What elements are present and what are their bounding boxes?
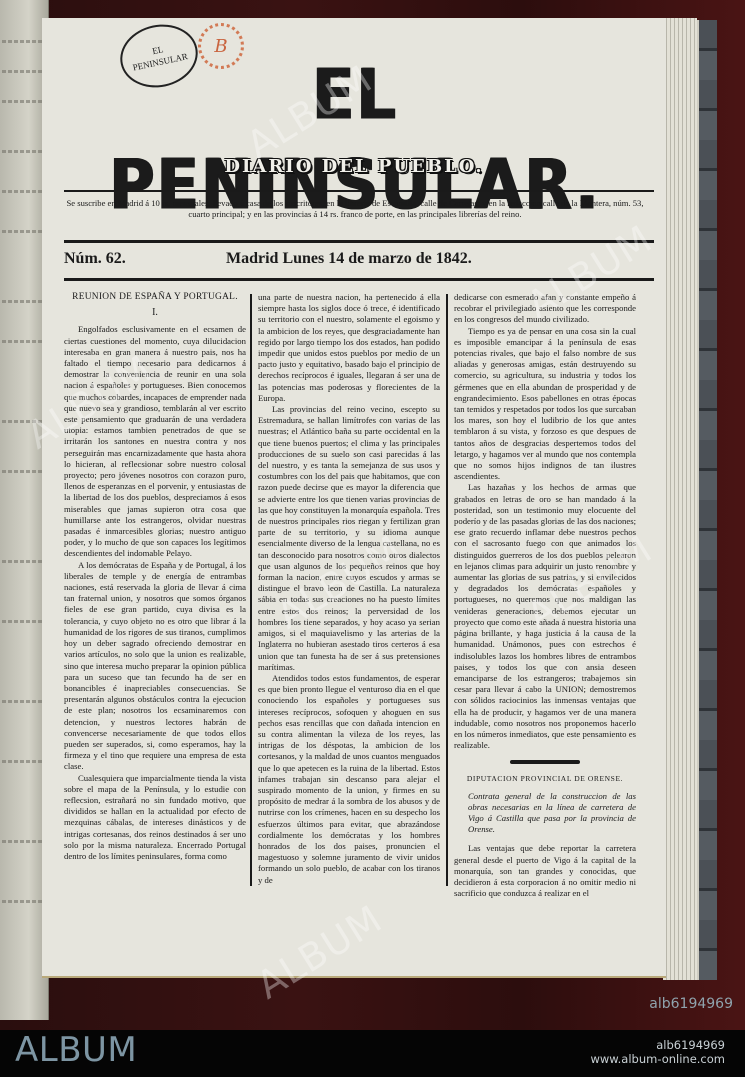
image-id-overlay: alb6194969 (649, 996, 733, 1012)
newspaper-page: EL PENINSULAR B EL PENINSULAR. DIARIO DE… (42, 18, 666, 976)
page-stack-edges (663, 18, 697, 980)
paragraph: una parte de nuestra nacion, ha pertenec… (258, 292, 440, 404)
article-title: REUNION DE ESPAÑA Y PORTUGAL. (64, 292, 246, 303)
footer-bar: ALBUM alb6194969 www.album-online.com (0, 1030, 745, 1077)
paragraph: A los demócratas de España y de Portugal… (64, 560, 246, 773)
notice-heading: DIPUTACION PROVINCIAL DE ORENSE. (454, 773, 636, 784)
paragraph: Cualesquiera que imparcialmente tienda l… (64, 773, 246, 863)
subscription-notice: Se suscribe en Madrid á 10 rs. mensuales… (60, 198, 650, 219)
paragraph: Las hazañas y los hechos de armas que gr… (454, 482, 636, 751)
book-spine (697, 20, 717, 980)
paragraph: Tiempo es ya de pensar en una cosa sin l… (454, 326, 636, 483)
issue-line: Núm. 62. Madrid Lunes 14 de marzo de 184… (64, 248, 654, 270)
issue-dateline: Madrid Lunes 14 de marzo de 1842. (226, 250, 472, 268)
album-logo: ALBUM (15, 1030, 137, 1070)
footer-website-link[interactable]: www.album-online.com (590, 1052, 725, 1066)
newspaper-subtitle: DIARIO DEL PUEBLO. (42, 156, 666, 177)
section-divider (510, 760, 580, 764)
column-2: una parte de nuestra nacion, ha pertenec… (258, 292, 440, 886)
column-separator (250, 294, 252, 886)
header-rule (64, 240, 654, 243)
footer-meta: alb6194969 www.album-online.com (590, 1038, 725, 1066)
paragraph: Atendidos todos estos fundamentos, de es… (258, 673, 440, 886)
header-rule (64, 190, 654, 192)
column-1: REUNION DE ESPAÑA Y PORTUGAL. I. Engolfa… (64, 292, 246, 862)
column-3: dedicarse con esmerado afan y constante … (454, 292, 636, 899)
article-part-number: I. (64, 307, 246, 318)
paragraph: Engolfados esclusivamente en el ecsamen … (64, 324, 246, 559)
header-rule (64, 278, 654, 281)
paragraph: Las ventajas que debe reportar la carret… (454, 843, 636, 899)
footer-image-id: alb6194969 (590, 1038, 725, 1052)
paragraph: dedicarse con esmerado afan y constante … (454, 292, 636, 326)
column-separator (446, 294, 448, 886)
issue-number: Núm. 62. (64, 250, 126, 268)
notice-contract: Contrata general de la construccion de l… (454, 791, 636, 836)
paragraph: Las provincias del reino vecino, escepto… (258, 404, 440, 673)
